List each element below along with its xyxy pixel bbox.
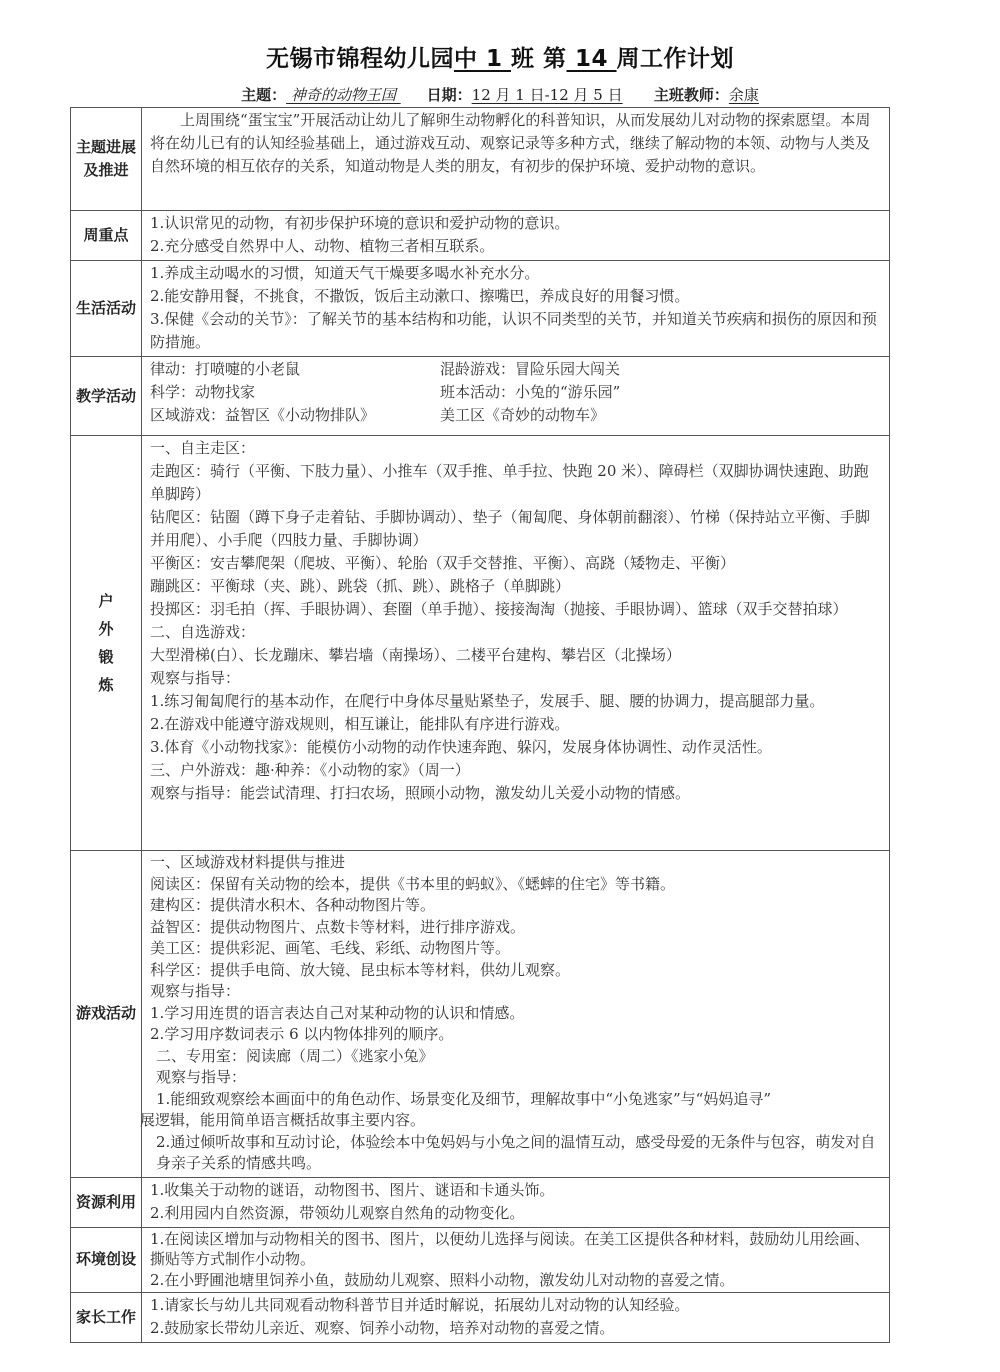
- list-item: 一、区域游戏材料提供与推进: [150, 852, 881, 874]
- row-content: 一、自主走区： 走跑区：骑行（平衡、下肢力量）、小推车（双手推、单手拉、快跑 2…: [142, 436, 890, 851]
- row-label: 户外锻炼: [71, 436, 142, 851]
- row-content: 1.请家长与幼儿共同观看动物科普节目并适时解说，拓展幼儿对动物的认知经验。 2.…: [142, 1293, 890, 1343]
- row-environment: 环境创设 1.在阅读区增加与动物相关的图书、图片，以便幼儿选择与阅读。在美工区提…: [71, 1227, 890, 1293]
- list-item: 展逻辑，能用简单语言概括故事主要内容。: [140, 1110, 881, 1132]
- list-item: 大型滑梯(白）、长龙蹦床、攀岩墙（南操场）、二楼平台建构、攀岩区（北操场）: [150, 644, 881, 667]
- list-item: 律动：打喷嚏的小老鼠: [150, 358, 440, 381]
- teacher-label: 主班教师：: [654, 86, 729, 104]
- row-content: 律动：打喷嚏的小老鼠 混龄游戏：冒险乐园大闯关 科学：动物找家 班本活动：小兔的…: [142, 357, 890, 436]
- list-item: 观察与指导：: [150, 1067, 881, 1089]
- row-content: 上周围绕“蛋宝宝”开展活动让幼儿了解卵生动物孵化的科普知识，从而发展幼儿对动物的…: [142, 108, 890, 211]
- list-item: 3.体育《小动物找家》：能模仿小动物的动作快速奔跑、躲闪，发展身体协调性、动作灵…: [150, 736, 881, 759]
- row-teaching: 教学活动 律动：打喷嚏的小老鼠 混龄游戏：冒险乐园大闯关 科学：动物找家 班本活…: [71, 357, 890, 436]
- list-item: 二、专用室：阅读廊（周二）《逃家小兔》: [150, 1046, 881, 1068]
- list-item: 投掷区：羽毛拍（挥、手眼协调）、套圈（单手抛）、接接淘淘（抛接、手眼协调）、篮球…: [150, 598, 881, 621]
- title-prefix: 无锡市锦程幼儿园: [266, 46, 454, 72]
- list-item: 3.保健《会动的关节》：了解关节的基本结构和功能，认识不同类型的关节，并知道关节…: [150, 308, 881, 354]
- row-label: 主题进展及推进: [71, 108, 142, 211]
- class-suffix: 班 第: [511, 46, 567, 72]
- list-item: 混龄游戏：冒险乐园大闯关: [440, 358, 881, 381]
- date-value: 12 月 1 日-12 月 5 日: [472, 86, 623, 104]
- list-item: 2.能安静用餐，不挑食，不撒饭，饭后主动漱口、擦嘴巴，养成良好的用餐习惯。: [150, 285, 881, 308]
- list-item: 2.利用园内自然资源，带领幼儿观察自然角的动物变化。: [150, 1202, 881, 1225]
- row-content: 1.在阅读区增加与动物相关的图书、图片，以便幼儿选择与阅读。在美工区提供各种材料…: [142, 1227, 890, 1293]
- list-item: 2.充分感受自然界中人、动物、植物三者相互联系。: [150, 235, 881, 258]
- row-content: 1.收集关于动物的谜语，动物图书、图片、谜语和卡通头饰。 2.利用园内自然资源，…: [142, 1177, 890, 1227]
- row-label: 环境创设: [71, 1227, 142, 1293]
- list-item: 1.请家长与幼儿共同观看动物科普节目并适时解说，拓展幼儿对动物的认知经验。: [150, 1294, 881, 1317]
- row-progress: 主题进展及推进 上周围绕“蛋宝宝”开展活动让幼儿了解卵生动物孵化的科普知识，从而…: [71, 108, 890, 211]
- date-label: 日期：: [427, 86, 472, 104]
- list-item: 观察与指导：能尝试清理、打扫农场，照顾小动物，激发幼儿关爱小动物的情感。: [150, 782, 881, 805]
- row-content: 一、区域游戏材料提供与推进 阅读区：保留有关动物的绘本，提供《书本里的蚂蚁》、《…: [142, 851, 890, 1178]
- row-label: 生活活动: [71, 261, 142, 357]
- row-label: 教学活动: [71, 357, 142, 436]
- row-content: 1.养成主动喝水的习惯，知道天气干燥要多喝水补充水分。 2.能安静用餐，不挑食，…: [142, 261, 890, 357]
- list-item: 益智区：提供动物图片、点数卡等材料，进行排序游戏。: [150, 917, 881, 939]
- list-item: 建构区：提供清水积木、各种动物图片等。: [150, 895, 881, 917]
- row-focus: 周重点 1.认识常见的动物，有初步保护环境的意识和爱护动物的意识。 2.充分感受…: [71, 211, 890, 261]
- list-item: 1.在阅读区增加与动物相关的图书、图片，以便幼儿选择与阅读。在美工区提供各种材料…: [150, 1229, 881, 1270]
- list-item: 2.鼓励家长带幼儿亲近、观察、饲养小动物，培养对动物的喜爱之情。: [150, 1317, 881, 1340]
- list-item: 2.在小野圃池塘里饲养小鱼，鼓励幼儿观察、照料小动物，激发幼儿对动物的喜爱之情。: [150, 1270, 881, 1291]
- list-item: 区域游戏：益智区《小动物排队》: [150, 404, 440, 427]
- week-number: 14: [567, 46, 617, 72]
- list-item: 钻爬区：钻圈（蹲下身子走着钻、手脚协调动）、垫子（匍匐爬、身体朝前翻滚）、竹梯（…: [150, 506, 881, 552]
- row-outdoor: 户外锻炼 一、自主走区： 走跑区：骑行（平衡、下肢力量）、小推车（双手推、单手拉…: [71, 436, 890, 851]
- row-parents: 家长工作 1.请家长与幼儿共同观看动物科普节目并适时解说，拓展幼儿对动物的认知经…: [71, 1293, 890, 1343]
- title-suffix: 周工作计划: [617, 46, 735, 72]
- row-label: 周重点: [71, 211, 142, 261]
- class-name: 中 1: [454, 46, 511, 72]
- row-label: 游戏活动: [71, 851, 142, 1178]
- row-label: 家长工作: [71, 1293, 142, 1343]
- progress-text: 上周围绕“蛋宝宝”开展活动让幼儿了解卵生动物孵化的科普知识，从而发展幼儿对动物的…: [150, 109, 881, 178]
- row-resources: 资源利用 1.收集关于动物的谜语，动物图书、图片、谜语和卡通头饰。 2.利用园内…: [71, 1177, 890, 1227]
- theme-label: 主题：: [241, 86, 286, 104]
- list-item: 阅读区：保留有关动物的绘本，提供《书本里的蚂蚁》、《蟋蟀的住宅》等书籍。: [150, 874, 881, 896]
- list-item: 科学区：提供手电筒、放大镜、昆虫标本等材料，供幼儿观察。: [150, 960, 881, 982]
- list-item: 1.能细致观察绘本画面中的角色动作、场景变化及细节，理解故事中“小兔逃家”与“妈…: [150, 1089, 881, 1111]
- page-title: 无锡市锦程幼儿园中 1 班 第 14 周工作计划: [0, 40, 1000, 73]
- theme-value: 神奇的动物王国: [286, 86, 401, 104]
- list-item: 2.在游戏中能遵守游戏规则，相互谦让，能排队有序进行游戏。: [150, 713, 881, 736]
- list-item: 蹦跳区：平衡球（夹、跳）、跳袋（抓、跳）、跳格子（单脚跳）: [150, 575, 881, 598]
- list-item: 美工区：提供彩泥、画笔、毛线、彩纸、动物图片等。: [150, 938, 881, 960]
- list-item: 1.认识常见的动物，有初步保护环境的意识和爱护动物的意识。: [150, 212, 881, 235]
- list-item: 一、自主走区：: [150, 437, 881, 460]
- row-content: 1.认识常见的动物，有初步保护环境的意识和爱护动物的意识。 2.充分感受自然界中…: [142, 211, 890, 261]
- list-item: 1.学习用连贯的语言表达自己对某种动物的认识和情感。: [150, 1003, 881, 1025]
- row-life: 生活活动 1.养成主动喝水的习惯，知道天气干燥要多喝水补充水分。 2.能安静用餐…: [71, 261, 890, 357]
- list-item: 三、户外游戏：趣·种养：《小动物的家》（周一）: [150, 759, 881, 782]
- list-item: 美工区《奇妙的动物车》: [440, 404, 881, 427]
- list-item: 观察与指导：: [150, 667, 881, 690]
- teaching-grid: 律动：打喷嚏的小老鼠 混龄游戏：冒险乐园大闯关 科学：动物找家 班本活动：小兔的…: [150, 358, 881, 427]
- list-item: 班本活动：小兔的“游乐园”: [440, 381, 881, 404]
- row-label: 资源利用: [71, 1177, 142, 1227]
- row-games: 游戏活动 一、区域游戏材料提供与推进 阅读区：保留有关动物的绘本，提供《书本里的…: [71, 851, 890, 1178]
- list-item: 平衡区：安吉攀爬架（爬坡、平衡）、轮胎（双手交替推、平衡）、高跷（矮物走、平衡）: [150, 552, 881, 575]
- list-item: 科学：动物找家: [150, 381, 440, 404]
- list-item: 走跑区：骑行（平衡、下肢力量）、小推车（双手推、单手拉、快跑 20 米）、障碍栏…: [150, 460, 881, 506]
- list-item: 2.学习用序数词表示 6 以内物体排列的顺序。: [150, 1024, 881, 1046]
- list-item: 1.收集关于动物的谜语，动物图书、图片、谜语和卡通头饰。: [150, 1179, 881, 1202]
- list-item: 二、自选游戏：: [150, 621, 881, 644]
- teacher-value: 余康: [729, 86, 759, 104]
- list-item: 2.通过倾听故事和互动讨论，体验绘本中兔妈妈与小兔之间的温情互动，感受母爱的无条…: [150, 1132, 881, 1175]
- list-item: 观察与指导：: [150, 981, 881, 1003]
- list-item: 1.练习匍匐爬行的基本动作，在爬行中身体尽量贴紧垫子，发展手、腿、腰的协调力，提…: [150, 690, 881, 713]
- list-item: 1.养成主动喝水的习惯，知道天气干燥要多喝水补充水分。: [150, 262, 881, 285]
- plan-meta: 主题： 神奇的动物王国 日期：12 月 1 日-12 月 5 日 主班教师：余康: [0, 84, 1000, 105]
- weekly-plan-table: 主题进展及推进 上周围绕“蛋宝宝”开展活动让幼儿了解卵生动物孵化的科普知识，从而…: [70, 107, 890, 1343]
